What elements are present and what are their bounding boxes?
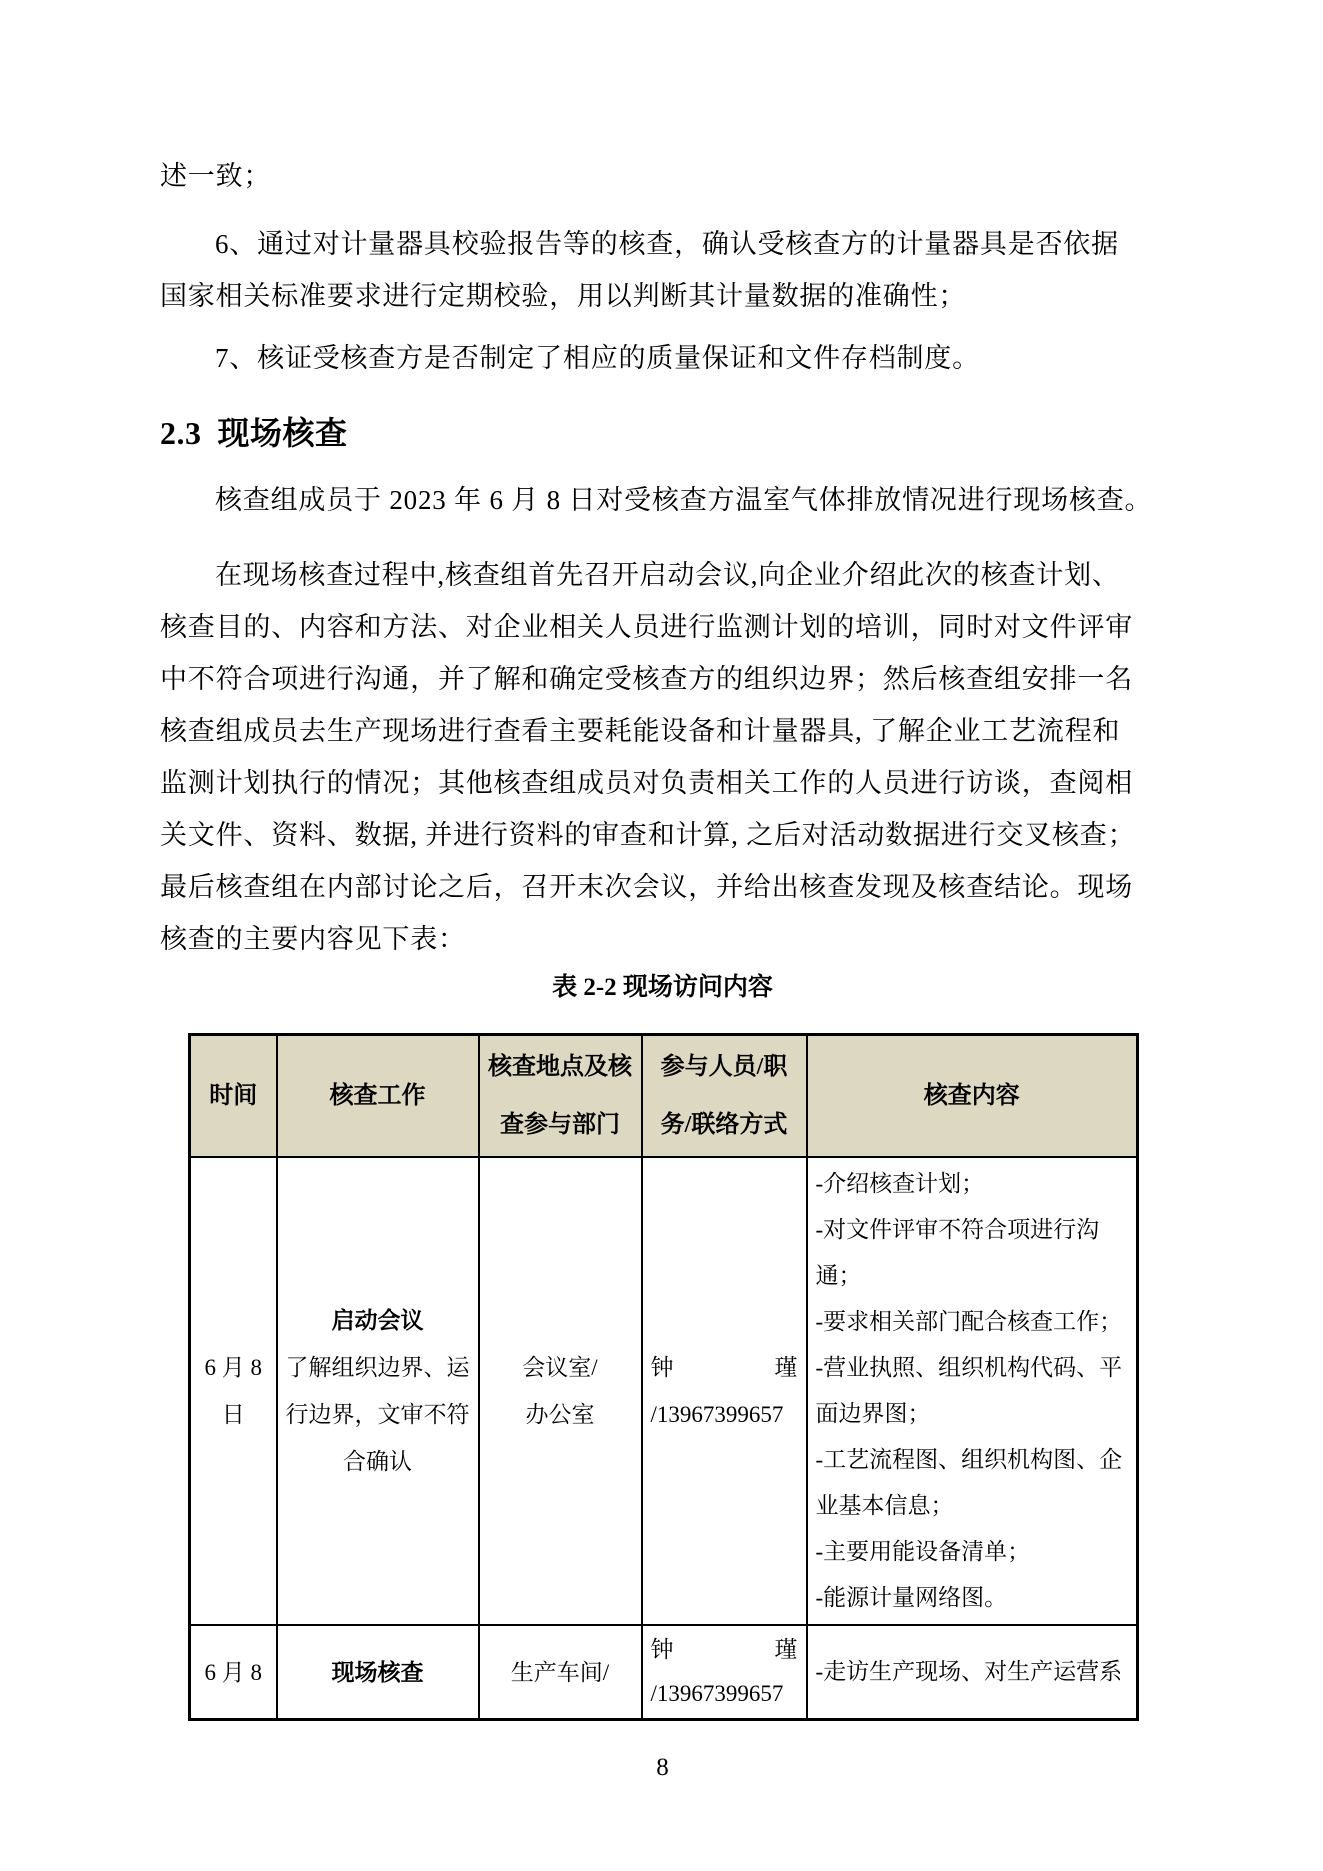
cell-person: 钟 瑾 /13967399657 bbox=[642, 1157, 807, 1625]
cell-content: -走访生产现场、对生产运营系 bbox=[807, 1625, 1138, 1720]
header-work: 核查工作 bbox=[277, 1035, 479, 1158]
site-visit-table: 时间 核查工作 核查地点及核 查参与部门 参与人员/职 务/联络方式 核查内容 … bbox=[188, 1033, 1139, 1721]
work-title: 启动会议 bbox=[286, 1297, 470, 1344]
person-name: 钟 瑾 bbox=[651, 1628, 798, 1672]
cell-work: 启动会议 了解组织边界、运 行边界，文审不符 合确认 bbox=[277, 1157, 479, 1625]
header-person: 参与人员/职 务/联络方式 bbox=[642, 1035, 807, 1158]
header-location: 核查地点及核 查参与部门 bbox=[479, 1035, 642, 1158]
work-description: 了解组织边界、运 行边界，文审不符 合确认 bbox=[286, 1344, 470, 1485]
paragraph-site-visit: 核查组成员于 2023 年 6 月 8 日对受核查方温室气体排放情况进行现场核查… bbox=[160, 474, 1165, 526]
header-time: 时间 bbox=[190, 1035, 277, 1158]
page-number: 8 bbox=[160, 1753, 1165, 1783]
cell-content: -介绍核查计划； -对文件评审不符合项进行沟 通； -要求相关部门配合核查工作；… bbox=[807, 1157, 1138, 1625]
paragraph-item7: 7、核证受核查方是否制定了相应的质量保证和文件存档制度。 bbox=[160, 332, 1165, 384]
table-caption: 表 2-2 现场访问内容 bbox=[160, 973, 1165, 1003]
person-name: 钟 瑾 bbox=[651, 1344, 798, 1391]
paragraph-item6: 6、通过对计量器具校验报告等的核查，确认受核查方的计量器具是否依据 国家相关标准… bbox=[160, 218, 1165, 322]
cell-time: 6 月 8 日 bbox=[190, 1157, 277, 1625]
cell-location: 生产车间/ bbox=[479, 1625, 642, 1720]
table-row: 6 月 8 日 启动会议 了解组织边界、运 行边界，文审不符 合确认 会议室/ … bbox=[190, 1157, 1138, 1625]
cell-location: 会议室/ 办公室 bbox=[479, 1157, 642, 1625]
table-header-row: 时间 核查工作 核查地点及核 查参与部门 参与人员/职 务/联络方式 核查内容 bbox=[190, 1035, 1138, 1158]
section-title: 现场核查 bbox=[218, 415, 348, 451]
table-row: 6 月 8 现场核查 生产车间/ 钟 瑾 /13967399657 -走访生产现… bbox=[190, 1625, 1138, 1720]
person-contact: /13967399657 bbox=[651, 1672, 798, 1716]
paragraph-process: 在现场核查过程中,核查组首先召开启动会议,向企业介绍此次的核查计划、 核查目的、… bbox=[160, 549, 1165, 965]
person-contact: /13967399657 bbox=[651, 1391, 798, 1438]
header-content: 核查内容 bbox=[807, 1035, 1138, 1158]
section-number: 2.3 bbox=[160, 415, 202, 451]
document-page: 述一致； 6、通过对计量器具校验报告等的核查，确认受核查方的计量器具是否依据 国… bbox=[0, 0, 1323, 1871]
paragraph-continuation: 述一致； bbox=[160, 150, 1165, 202]
work-title: 现场核查 bbox=[286, 1649, 470, 1696]
section-heading: 2.3现场核查 bbox=[160, 407, 1165, 459]
cell-time: 6 月 8 bbox=[190, 1625, 277, 1720]
cell-work: 现场核查 bbox=[277, 1625, 479, 1720]
cell-person: 钟 瑾 /13967399657 bbox=[642, 1625, 807, 1720]
